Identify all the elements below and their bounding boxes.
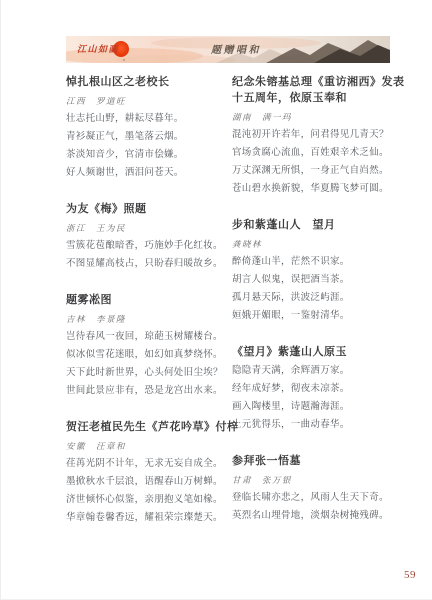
poem-lines: 荏苒光阴不计年，无求无妄自成全。墨掀秋水千层浪，语醒春山万树蝉。济世倾怀心似鉴，… [66,459,232,524]
poem-author: 湖南 满一玛 [232,112,405,123]
verse-line: 醉倚蓬山半，茫然不识家。 [232,257,405,268]
poem-title: 步和紫蓬山人 望月 [232,217,405,233]
poem-block: 题雾凇图吉林 李景隆岂待春风一夜回，琼葩玉树耀楼台。似冰似雪花迷眼，如幻如真梦绕… [66,292,232,397]
verse-line: 上元犹得乐，一曲动春华。 [232,420,405,431]
verse-line: 似冰似雪花迷眼，如幻如真梦绕怀。 [66,350,232,361]
verse-line: 经年成好梦，彻夜未凉茶。 [232,384,405,395]
poem-lines: 醉倚蓬山半，茫然不识家。胡言人似鬼，误把酒当茶。孤月悬天际，洪波泛屿涯。姮娥开媚… [232,257,405,322]
verse-line: 画入陶楼里，诗题瀚海涯。 [232,402,405,413]
poem-title: 参拜张一悟墓 [232,453,405,469]
verse-line: 官场贪腐心流血，百姓艰辛术乏仙。 [232,148,405,159]
poem-lines: 登临长啸亦悲之，风雨人生天下奇。英烈名山埋骨地，淡烟杂树掩残碑。 [232,493,405,522]
verse-line: 茶淡知音少，官清市侩嫌。 [66,150,232,161]
poem-author: 甘肃 张万银 [232,475,405,486]
poem-block: 《望月》紫蓬山人原玉隐隐青天满，余辉洒万家。经年成好梦，彻夜未凉茶。画入陶楼里，… [232,344,405,431]
header-banner-painting: 江山如画 题赠唱和 [66,36,390,63]
right-column: 纪念朱镕基总理《重访湘西》发表 十五周年，依原玉奉和湖南 满一玛混沌初开许若年，… [232,74,405,544]
verse-line: 英烈名山埋骨地，淡烟杂树掩残碑。 [232,511,405,522]
verse-line: 青衫凝正气，墨笔落云烟。 [66,132,232,143]
verse-line: 登临长啸亦悲之，风雨人生天下奇。 [232,493,405,504]
poem-block: 纪念朱镕基总理《重访湘西》发表 十五周年，依原玉奉和湖南 满一玛混沌初开许若年，… [232,74,405,195]
book-page: { "page_number": "59", "banner": { "call… [0,0,432,600]
verse-line: 岂待春风一夜回，琼葩玉树耀楼台。 [66,332,232,343]
poem-block: 为友《梅》照题浙江 王为民雪簇花苞酿暗香，巧施妙手化红妆。不图显耀高枝占，只盼春… [66,201,232,270]
poem-title: 贺汪老植民先生《芦花吟草》付梓 [66,419,232,435]
ink-dot [123,59,125,61]
section-title-calligraphy: 题赠唱和 [210,44,261,56]
poem-lines: 隐隐青天满，余辉洒万家。经年成好梦，彻夜未凉茶。画入陶楼里，诗题瀚海涯。上元犹得… [232,366,405,431]
poem-lines: 壮志托山野，耕耘尽暮年。青衫凝正气，墨笔落云烟。茶淡知音少，官清市侩嫌。好人频谢… [66,114,232,179]
verse-line: 荏苒光阴不计年，无求无妄自成全。 [66,459,232,470]
poem-author: 吉林 李景隆 [66,314,232,325]
verse-line: 好人频谢世，洒泪问苍天。 [66,168,232,179]
poem-block: 悼扎根山区之老校长江西 罗道旺壮志托山野，耕耘尽暮年。青衫凝正气，墨笔落云烟。茶… [66,74,232,179]
poem-author: 江西 罗道旺 [66,96,232,107]
verse-line: 世间此景应非有，恐是龙宫出水来。 [66,386,232,397]
verse-line: 万丈深渊无所惧，一身正气自岿然。 [232,166,405,177]
verse-line: 济世倾怀心似鉴，亲朋抱义笔如椽。 [66,495,232,506]
verse-line: 隐隐青天满，余辉洒万家。 [232,366,405,377]
verse-line: 华章翰卷馨香远，耀祖荣宗璨楚天。 [66,513,232,524]
verse-line: 姮娥开媚眼，一鉴射清华。 [232,311,405,322]
verse-line: 混沌初开许若年，问君得见几青天？ [232,130,405,141]
page-number: 59 [404,569,416,581]
poem-lines: 混沌初开许若年，问君得见几青天？官场贪腐心流血，百姓艰辛术乏仙。万丈深渊无所惧，… [232,130,405,195]
poem-author: 龚晓林 [232,239,405,250]
poem-title: 《望月》紫蓬山人原玉 [232,344,405,360]
poem-block: 参拜张一悟墓甘肃 张万银登临长啸亦悲之，风雨人生天下奇。英烈名山埋骨地，淡烟杂树… [232,453,405,522]
poem-block: 贺汪老植民先生《芦花吟草》付梓安徽 汪章和荏苒光阴不计年，无求无妄自成全。墨掀秋… [66,419,232,524]
verse-line: 雪簇花苞酿暗香，巧施妙手化红妆。 [66,241,232,252]
verse-line: 胡言人似鬼，误把酒当茶。 [232,275,405,286]
poem-columns: 悼扎根山区之老校长江西 罗道旺壮志托山野，耕耘尽暮年。青衫凝正气，墨笔落云烟。茶… [66,74,400,546]
verse-line: 天下此时新世界，心头何处旧尘埃？ [66,368,232,379]
verse-line: 孤月悬天际，洪波泛屿涯。 [232,293,405,304]
poem-title: 纪念朱镕基总理《重访湘西》发表 十五周年，依原玉奉和 [232,74,405,106]
verse-line: 不图显耀高枝占，只盼春归暖故乡。 [66,259,232,270]
verse-line: 壮志托山野，耕耘尽暮年。 [66,114,232,125]
poem-lines: 岂待春风一夜回，琼葩玉树耀楼台。似冰似雪花迷眼，如幻如真梦绕怀。天下此时新世界，… [66,332,232,397]
poem-lines: 雪簇花苞酿暗香，巧施妙手化红妆。不图显耀高枝占，只盼春归暖故乡。 [66,241,232,270]
brand-calligraphy: 江山如画 [77,44,120,54]
poem-author: 浙江 王为民 [66,223,232,234]
poem-title: 为友《梅》照题 [66,201,232,217]
verse-line: 墨掀秋水千层浪，语醒春山万树蝉。 [66,477,232,488]
verse-line: 苍山碧水换新貌，华夏腾飞梦可圆。 [232,184,405,195]
left-column: 悼扎根山区之老校长江西 罗道旺壮志托山野，耕耘尽暮年。青衫凝正气，墨笔落云烟。茶… [66,74,232,546]
landscape-painting: 江山如画 题赠唱和 [66,36,390,63]
poem-block: 步和紫蓬山人 望月龚晓林醉倚蓬山半，茫然不识家。胡言人似鬼，误把酒当茶。孤月悬天… [232,217,405,322]
poem-title: 悼扎根山区之老校长 [66,74,232,90]
poem-author: 安徽 汪章和 [66,441,232,452]
poem-title: 题雾凇图 [66,292,232,308]
